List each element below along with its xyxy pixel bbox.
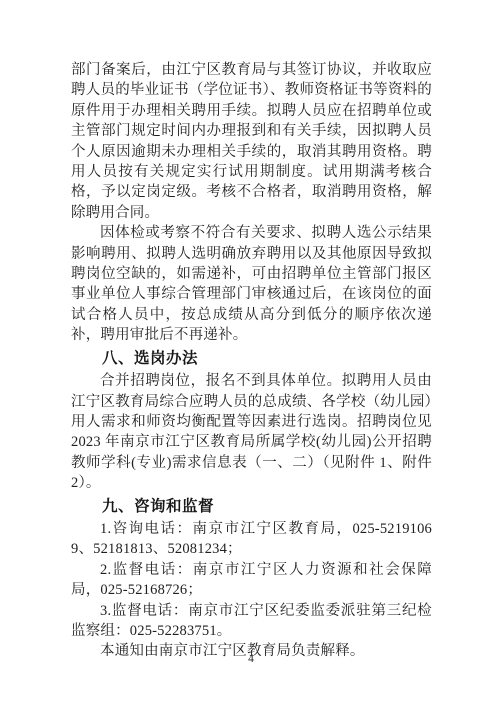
paragraph-vacancy-replacement: 因体检或考察不符合有关要求、拟聘人选公示结果影响聘用、拟聘人选明确放弃聘用以及其… xyxy=(71,223,432,345)
document-page: 部门备案后，由江宁区教育局与其签订协议，并收取应聘人员的毕业证书（学位证书）、教… xyxy=(0,0,502,710)
paragraph-post-selection-method: 合并招聘岗位，报名不到具体单位。拟聘用人员由江宁区教育局综合应聘人员的总成绩、各… xyxy=(71,371,432,493)
document-body: 部门备案后，由江宁区教育局与其签订协议，并收取应聘人员的毕业证书（学位证书）、教… xyxy=(71,60,432,662)
section-heading-9-consultation-supervision: 九、咨询和监督 xyxy=(71,497,432,517)
page-number: 4 xyxy=(0,653,502,665)
paragraph-supervision-phone-2: 3.监督电话：南京市江宁区纪委监委派驻第三纪检监察组：025-52283751。 xyxy=(71,601,432,642)
paragraph-consultation-phone: 1.咨询电话：南京市江宁区教育局，025-52191069、52181813、5… xyxy=(71,519,432,560)
section-heading-8-post-selection: 八、选岗办法 xyxy=(71,349,432,369)
paragraph-supervision-phone-1: 2.监督电话：南京市江宁区人力资源和社会保障局，025-52168726； xyxy=(71,560,432,601)
paragraph-hiring-procedures: 部门备案后，由江宁区教育局与其签订协议，并收取应聘人员的毕业证书（学位证书）、教… xyxy=(71,60,432,223)
